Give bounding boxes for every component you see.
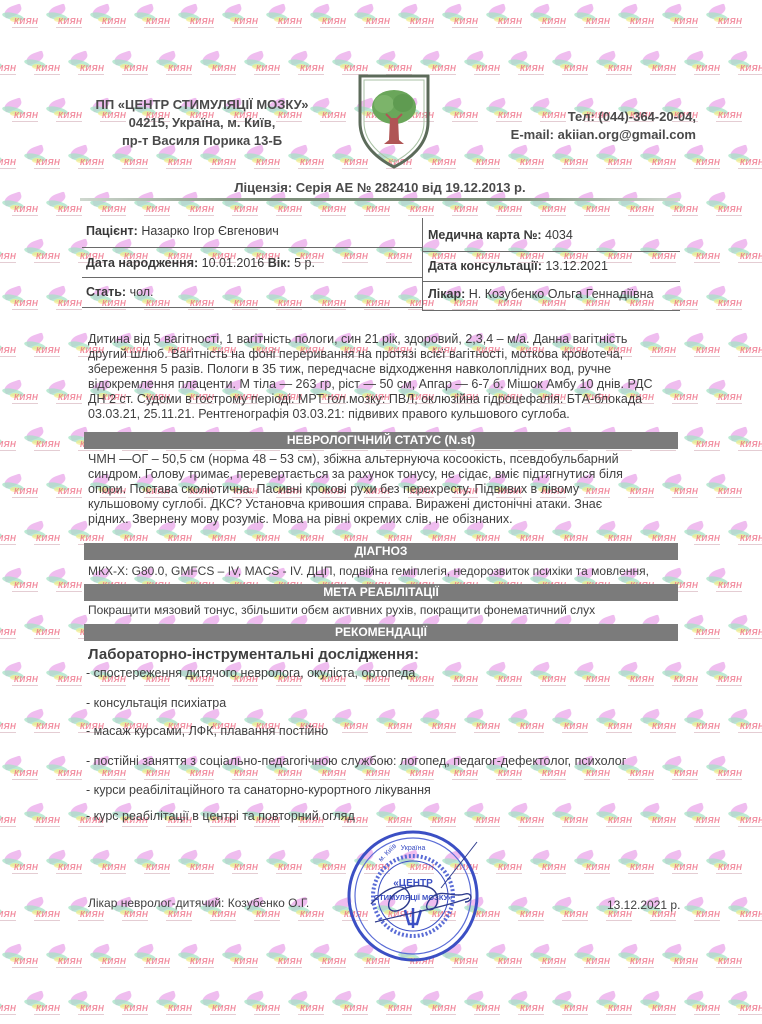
watermark-bird-logo-icon: КИЯН bbox=[572, 662, 612, 690]
watermark-bird-logo-icon: КИЯН bbox=[0, 850, 40, 878]
watermark-bird-logo-icon: КИЯН bbox=[616, 850, 656, 878]
row-divider bbox=[422, 310, 680, 311]
watermark-bird-logo-icon: КИЯН bbox=[484, 662, 524, 690]
watermark-bird-logo-icon: КИЯН bbox=[682, 991, 722, 1019]
watermark-bird-logo-icon: КИЯН bbox=[22, 427, 62, 455]
watermark-bird-logo-icon: КИЯН bbox=[418, 803, 458, 831]
watermark-bird-logo-icon: КИЯН bbox=[308, 850, 348, 878]
watermark-bird-logo-icon: КИЯН bbox=[550, 991, 590, 1019]
watermark-bird-logo-icon: КИЯН bbox=[572, 850, 612, 878]
card-value: 4034 bbox=[545, 228, 573, 242]
doctor-field: Лікар: Н. Козубенко Ольга Геннадіївна bbox=[428, 282, 653, 306]
watermark-bird-logo-icon: КИЯН bbox=[726, 333, 762, 361]
watermark-bird-logo-icon: КИЯН bbox=[352, 4, 392, 32]
watermark-bird-logo-icon: КИЯН bbox=[0, 192, 40, 220]
watermark-bird-logo-icon: КИЯН bbox=[286, 51, 326, 79]
watermark-bird-logo-icon: КИЯН bbox=[44, 568, 84, 596]
anamnesis-line: збереження 5 разів. Пологи в 35 тиж, пер… bbox=[88, 362, 688, 377]
watermark-bird-logo-icon: КИЯН bbox=[726, 145, 762, 173]
watermark-bird-logo-icon: КИЯН bbox=[0, 709, 18, 737]
row-divider bbox=[82, 307, 422, 308]
watermark-bird-logo-icon: КИЯН bbox=[352, 192, 392, 220]
section-title: МЕТА РЕАБІЛІТАЦІЇ bbox=[323, 584, 439, 601]
recommendation-item: - масаж курсами, ЛФК, плавання постійно bbox=[86, 724, 328, 738]
watermark-bird-logo-icon: КИЯН bbox=[374, 803, 414, 831]
watermark-bird-logo-icon: КИЯН bbox=[0, 98, 40, 126]
watermark-bird-logo-icon: КИЯН bbox=[264, 944, 304, 972]
watermark-bird-logo-icon: КИЯН bbox=[88, 944, 128, 972]
watermark-bird-logo-icon: КИЯН bbox=[638, 803, 678, 831]
watermark-bird-logo-icon: КИЯН bbox=[0, 474, 40, 502]
recommendation-item: - постійні заняття з соціально-педагогіч… bbox=[86, 754, 626, 768]
stamp-center-line2: СТИМУЛЯЦІЇ МОЗКУ» bbox=[374, 893, 452, 902]
watermark-bird-logo-icon: КИЯН bbox=[484, 850, 524, 878]
watermark-bird-logo-icon: КИЯН bbox=[198, 991, 238, 1019]
diagnosis-text: МКХ-Х: G80.0, GMFCS – IV, MACS - IV. ДЦП… bbox=[88, 564, 688, 579]
watermark-bird-logo-icon: КИЯН bbox=[506, 897, 546, 925]
watermark-bird-logo-icon: КИЯН bbox=[528, 944, 568, 972]
watermark-bird-logo-icon: КИЯН bbox=[462, 803, 502, 831]
anamnesis-line: другий шлюб. Вагітність на фоні перерива… bbox=[88, 347, 688, 362]
contact-block: Тел: (044)-364-20-04, E-mail: akiian.org… bbox=[466, 108, 696, 144]
watermark-bird-logo-icon: КИЯН bbox=[396, 4, 436, 32]
watermark-bird-logo-icon: КИЯН bbox=[704, 286, 744, 314]
consultation-date-field: Дата консультації: 13.12.2021 bbox=[428, 254, 608, 278]
watermark-bird-logo-icon: КИЯН bbox=[374, 991, 414, 1019]
watermark-bird-logo-icon: КИЯН bbox=[682, 145, 722, 173]
age-label: Вік: bbox=[268, 256, 291, 270]
watermark-bird-logo-icon: КИЯН bbox=[264, 192, 304, 220]
watermark-bird-logo-icon: КИЯН bbox=[88, 850, 128, 878]
lab-studies-title: Лабораторно-інструментальні дослідження: bbox=[88, 646, 419, 663]
watermark-bird-logo-icon: КИЯН bbox=[418, 709, 458, 737]
watermark-bird-logo-icon: КИЯН bbox=[22, 991, 62, 1019]
dob-label: Дата народження: bbox=[86, 256, 198, 270]
watermark-bird-logo-icon: КИЯН bbox=[726, 615, 762, 643]
watermark-bird-logo-icon: КИЯН bbox=[308, 944, 348, 972]
watermark-bird-logo-icon: КИЯН bbox=[660, 4, 700, 32]
watermark-bird-logo-icon: КИЯН bbox=[704, 568, 744, 596]
watermark-bird-logo-icon: КИЯН bbox=[132, 850, 172, 878]
watermark-bird-logo-icon: КИЯН bbox=[22, 803, 62, 831]
recommendation-item: - спостереження дитячого невролога, окул… bbox=[86, 666, 415, 680]
watermark-bird-logo-icon: КИЯН bbox=[22, 239, 62, 267]
section-title: НЕВРОЛОГІЧНИЙ СТАТУС (N.st) bbox=[287, 432, 475, 449]
watermark-bird-logo-icon: КИЯН bbox=[682, 427, 722, 455]
watermark-bird-logo-icon: КИЯН bbox=[616, 662, 656, 690]
watermark-bird-logo-icon: КИЯН bbox=[440, 4, 480, 32]
watermark-bird-logo-icon: КИЯН bbox=[726, 991, 762, 1019]
watermark-bird-logo-icon: КИЯН bbox=[44, 756, 84, 784]
watermark-bird-logo-icon: КИЯН bbox=[638, 991, 678, 1019]
watermark-bird-logo-icon: КИЯН bbox=[550, 145, 590, 173]
watermark-bird-logo-icon: КИЯН bbox=[506, 709, 546, 737]
watermark-bird-logo-icon: КИЯН bbox=[374, 709, 414, 737]
recommendation-item: - курс реабілітації в центрі та повторни… bbox=[86, 809, 355, 823]
org-phone: Тел: (044)-364-20-04, bbox=[466, 108, 696, 126]
watermark-bird-logo-icon: КИЯН bbox=[484, 192, 524, 220]
watermark-bird-logo-icon: КИЯН bbox=[682, 239, 722, 267]
watermark-bird-logo-icon: КИЯН bbox=[704, 192, 744, 220]
watermark-bird-logo-icon: КИЯН bbox=[0, 239, 18, 267]
watermark-bird-logo-icon: КИЯН bbox=[704, 756, 744, 784]
org-address-line1: 04215, Україна, м. Київ, bbox=[82, 114, 322, 132]
license-line: Ліцензія: Серія АЕ № 282410 від 19.12.20… bbox=[80, 180, 680, 195]
doctor-value: Н. Козубенко Ольга Геннадіївна bbox=[469, 287, 654, 301]
watermark-bird-logo-icon: КИЯН bbox=[132, 944, 172, 972]
column-divider bbox=[422, 218, 423, 310]
watermark-bird-logo-icon: КИЯН bbox=[704, 98, 744, 126]
watermark-bird-logo-icon: КИЯН bbox=[44, 850, 84, 878]
row-divider bbox=[82, 277, 422, 278]
watermark-bird-logo-icon: КИЯН bbox=[44, 944, 84, 972]
watermark-bird-logo-icon: КИЯН bbox=[220, 850, 260, 878]
watermark-bird-logo-icon: КИЯН bbox=[22, 145, 62, 173]
section-title: РЕКОМЕНДАЦІЇ bbox=[335, 624, 427, 641]
watermark-bird-logo-icon: КИЯН bbox=[726, 803, 762, 831]
watermark-bird-logo-icon: КИЯН bbox=[440, 192, 480, 220]
watermark-bird-logo-icon: КИЯН bbox=[660, 944, 700, 972]
watermark-bird-logo-icon: КИЯН bbox=[0, 803, 18, 831]
watermark-bird-logo-icon: КИЯН bbox=[0, 427, 18, 455]
anamnesis-line: відокремлення плаценти. М тіла — 263 гр,… bbox=[88, 377, 688, 392]
watermark-bird-logo-icon: КИЯН bbox=[506, 145, 546, 173]
watermark-bird-logo-icon: КИЯН bbox=[22, 615, 62, 643]
age-value: 5 р. bbox=[294, 256, 315, 270]
section-header-rehab-goal: МЕТА РЕАБІЛІТАЦІЇ bbox=[84, 584, 678, 601]
watermark-bird-logo-icon: КИЯН bbox=[44, 98, 84, 126]
watermark-bird-logo-icon: КИЯН bbox=[726, 897, 762, 925]
doctor-signature-line: Лікар невролог-дитячий: Козубенко О.Г. bbox=[88, 896, 309, 910]
watermark-bird-logo-icon: КИЯН bbox=[110, 991, 150, 1019]
watermark-bird-logo-icon: КИЯН bbox=[660, 192, 700, 220]
tree-shield-icon bbox=[356, 72, 432, 170]
watermark-bird-logo-icon: КИЯН bbox=[198, 51, 238, 79]
watermark-bird-logo-icon: КИЯН bbox=[616, 192, 656, 220]
watermark-bird-logo-icon: КИЯН bbox=[154, 51, 194, 79]
row-divider bbox=[82, 247, 422, 248]
org-address-line2: пр-т Василя Порика 13-Б bbox=[82, 132, 322, 150]
patient-label: Пацієнт: bbox=[86, 224, 138, 238]
watermark-bird-logo-icon: КИЯН bbox=[242, 51, 282, 79]
watermark-bird-logo-icon: КИЯН bbox=[176, 944, 216, 972]
watermark-bird-logo-icon: КИЯН bbox=[462, 145, 502, 173]
watermark-bird-logo-icon: КИЯН bbox=[638, 709, 678, 737]
watermark-bird-logo-icon: КИЯН bbox=[0, 380, 40, 408]
watermark-bird-logo-icon: КИЯН bbox=[506, 51, 546, 79]
anamnesis-line: ДН 2 ст. Судоми в гострому періоді. МРТ … bbox=[88, 392, 688, 407]
neuro-line: кульшовому суглобі. ДКС? Установча криво… bbox=[88, 497, 688, 512]
watermark-bird-logo-icon: КИЯН bbox=[154, 991, 194, 1019]
watermark-bird-logo-icon: КИЯН bbox=[0, 944, 40, 972]
neuro-line: опори. Постава сколіотична. Пасивні крок… bbox=[88, 482, 688, 497]
watermark-bird-logo-icon: КИЯН bbox=[0, 333, 18, 361]
watermark-bird-logo-icon: КИЯН bbox=[0, 897, 18, 925]
watermark-bird-logo-icon: КИЯН bbox=[132, 4, 172, 32]
watermark-bird-logo-icon: КИЯН bbox=[594, 145, 634, 173]
recommendation-item: - курси реабілітаційного та санаторно-ку… bbox=[86, 783, 431, 797]
patient-name-field: Пацієнт: Назарко Ігор Євгенович bbox=[86, 219, 279, 243]
header-divider bbox=[80, 198, 680, 201]
watermark-bird-logo-icon: КИЯН bbox=[484, 944, 524, 972]
watermark-bird-logo-icon: КИЯН bbox=[22, 897, 62, 925]
watermark-bird-logo-icon: КИЯН bbox=[616, 4, 656, 32]
row-divider bbox=[422, 251, 680, 252]
org-name: ПП «ЦЕНТР СТИМУЛЯЦІЇ МОЗКУ» bbox=[82, 96, 322, 114]
watermark-bird-logo-icon: КИЯН bbox=[396, 192, 436, 220]
dob-value: 10.01.2016 bbox=[202, 256, 265, 270]
watermark-bird-logo-icon: КИЯН bbox=[594, 803, 634, 831]
watermark-bird-logo-icon: КИЯН bbox=[528, 4, 568, 32]
watermark-bird-logo-icon: КИЯН bbox=[550, 803, 590, 831]
watermark-bird-logo-icon: КИЯН bbox=[440, 662, 480, 690]
watermark-bird-logo-icon: КИЯН bbox=[22, 709, 62, 737]
watermark-bird-logo-icon: КИЯН bbox=[638, 145, 678, 173]
watermark-bird-logo-icon: КИЯН bbox=[682, 51, 722, 79]
watermark-bird-logo-icon: КИЯН bbox=[44, 380, 84, 408]
watermark-bird-logo-icon: КИЯН bbox=[704, 850, 744, 878]
watermark-bird-logo-icon: КИЯН bbox=[220, 4, 260, 32]
watermark-bird-logo-icon: КИЯН bbox=[330, 991, 370, 1019]
card-label: Медична карта №: bbox=[428, 228, 542, 242]
watermark-bird-logo-icon: КИЯН bbox=[704, 662, 744, 690]
watermark-bird-logo-icon: КИЯН bbox=[616, 944, 656, 972]
watermark-bird-logo-icon: КИЯН bbox=[330, 709, 370, 737]
watermark-bird-logo-icon: КИЯН bbox=[506, 803, 546, 831]
medical-card-field: Медична карта №: 4034 bbox=[428, 223, 573, 247]
watermark-bird-logo-icon: КИЯН bbox=[308, 192, 348, 220]
watermark-bird-logo-icon: КИЯН bbox=[572, 192, 612, 220]
watermark-bird-logo-icon: КИЯН bbox=[462, 51, 502, 79]
neuro-line: ЧМН —ОГ – 50,5 см (норма 48 – 53 см), зб… bbox=[88, 452, 688, 467]
watermark-bird-logo-icon: КИЯН bbox=[704, 474, 744, 502]
watermark-bird-logo-icon: КИЯН bbox=[44, 4, 84, 32]
anamnesis-text: Дитина від 5 вагітності, 1 вагітність по… bbox=[88, 332, 688, 422]
birth-date-field: Дата народження: 10.01.2016 Вік: 5 р. bbox=[86, 251, 315, 275]
signature-date: 13.12.2021 р. bbox=[607, 898, 680, 912]
watermark-bird-logo-icon: КИЯН bbox=[286, 991, 326, 1019]
org-email[interactable]: E-mail: akiian.org@gmail.com bbox=[466, 126, 696, 144]
watermark-bird-logo-icon: КИЯН bbox=[0, 615, 18, 643]
patient-info-table: Пацієнт: Назарко Ігор Євгенович Медична … bbox=[82, 218, 680, 318]
watermark-bird-logo-icon: КИЯН bbox=[44, 192, 84, 220]
watermark-bird-logo-icon: КИЯН bbox=[0, 4, 40, 32]
patient-value: Назарко Ігор Євгенович bbox=[141, 224, 279, 238]
anamnesis-line: 03.03.21, 25.11.21. Рентгенографія 03.03… bbox=[88, 407, 688, 422]
watermark-bird-logo-icon: КИЯН bbox=[550, 51, 590, 79]
watermark-bird-logo-icon: КИЯН bbox=[66, 991, 106, 1019]
rehab-goal-text: Покращити мязовий тонус, збільшити обєм … bbox=[88, 603, 688, 618]
watermark-bird-logo-icon: КИЯН bbox=[726, 239, 762, 267]
watermark-bird-logo-icon: КИЯН bbox=[0, 521, 18, 549]
watermark-bird-logo-icon: КИЯН bbox=[462, 991, 502, 1019]
section-title: ДІАГНОЗ bbox=[355, 543, 408, 560]
watermark-bird-logo-icon: КИЯН bbox=[660, 662, 700, 690]
section-header-recommendations: РЕКОМЕНДАЦІЇ bbox=[84, 624, 678, 641]
watermark-bird-logo-icon: КИЯН bbox=[550, 897, 590, 925]
watermark-bird-logo-icon: КИЯН bbox=[44, 662, 84, 690]
watermark-bird-logo-icon: КИЯН bbox=[242, 991, 282, 1019]
section-header-neuro-status: НЕВРОЛОГІЧНИЙ СТАТУС (N.st) bbox=[84, 432, 678, 449]
watermark-bird-logo-icon: КИЯН bbox=[682, 333, 722, 361]
watermark-bird-logo-icon: КИЯН bbox=[682, 521, 722, 549]
watermark-bird-logo-icon: КИЯН bbox=[638, 51, 678, 79]
watermark-bird-logo-icon: КИЯН bbox=[0, 568, 40, 596]
watermark-bird-logo-icon: КИЯН bbox=[726, 427, 762, 455]
watermark-bird-logo-icon: КИЯН bbox=[484, 4, 524, 32]
neuro-line: синдром. Голову тримає, перевертається з… bbox=[88, 467, 688, 482]
watermark-bird-logo-icon: КИЯН bbox=[0, 145, 18, 173]
org-block: ПП «ЦЕНТР СТИМУЛЯЦІЇ МОЗКУ» 04215, Украї… bbox=[82, 96, 322, 150]
watermark-bird-logo-icon: КИЯН bbox=[594, 709, 634, 737]
watermark-bird-logo-icon: КИЯН bbox=[704, 4, 744, 32]
watermark-bird-logo-icon: КИЯН bbox=[22, 521, 62, 549]
watermark-bird-logo-icon: КИЯН bbox=[220, 192, 260, 220]
watermark-bird-logo-icon: КИЯН bbox=[264, 850, 304, 878]
watermark-bird-logo-icon: КИЯН bbox=[704, 380, 744, 408]
section-header-diagnosis: ДІАГНОЗ bbox=[84, 543, 678, 560]
watermark-bird-logo-icon: КИЯН bbox=[726, 51, 762, 79]
watermark-bird-logo-icon: КИЯН bbox=[682, 709, 722, 737]
neuro-status-text: ЧМН —ОГ – 50,5 см (норма 48 – 53 см), зб… bbox=[88, 452, 688, 527]
watermark-bird-logo-icon: КИЯН bbox=[572, 4, 612, 32]
watermark-bird-logo-icon: КИЯН bbox=[66, 51, 106, 79]
watermark-bird-logo-icon: КИЯН bbox=[726, 709, 762, 737]
watermark-bird-logo-icon: КИЯН bbox=[44, 286, 84, 314]
watermark-bird-logo-icon: КИЯН bbox=[22, 51, 62, 79]
watermark-bird-logo-icon: КИЯН bbox=[0, 756, 40, 784]
watermark-bird-logo-icon: КИЯН bbox=[462, 709, 502, 737]
watermark-bird-logo-icon: КИЯН bbox=[264, 4, 304, 32]
anamnesis-line: Дитина від 5 вагітності, 1 вагітність по… bbox=[88, 332, 688, 347]
watermark-bird-logo-icon: КИЯН bbox=[220, 944, 260, 972]
watermark-bird-logo-icon: КИЯН bbox=[0, 286, 40, 314]
doctor-label: Лікар: bbox=[428, 287, 465, 301]
watermark-bird-logo-icon: КИЯН bbox=[594, 991, 634, 1019]
round-stamp-icon: «ЦЕНТР СТИМУЛЯЦІЇ МОЗКУ» Україна м. Київ bbox=[345, 828, 481, 964]
watermark-bird-logo-icon: КИЯН bbox=[88, 192, 128, 220]
watermark-bird-logo-icon: КИЯН bbox=[660, 756, 700, 784]
watermark-bird-logo-icon: КИЯН bbox=[22, 333, 62, 361]
watermark-bird-logo-icon: КИЯН bbox=[176, 4, 216, 32]
watermark-bird-logo-icon: КИЯН bbox=[528, 662, 568, 690]
watermark-bird-logo-icon: КИЯН bbox=[418, 991, 458, 1019]
watermark-bird-logo-icon: КИЯН bbox=[726, 521, 762, 549]
watermark-bird-logo-icon: КИЯН bbox=[704, 944, 744, 972]
watermark-bird-logo-icon: КИЯН bbox=[0, 662, 40, 690]
watermark-bird-logo-icon: КИЯН bbox=[550, 709, 590, 737]
watermark-bird-logo-icon: КИЯН bbox=[660, 850, 700, 878]
watermark-bird-logo-icon: КИЯН bbox=[0, 991, 18, 1019]
sex-field: Стать: чол. bbox=[86, 280, 154, 304]
watermark-bird-logo-icon: КИЯН bbox=[110, 51, 150, 79]
watermark-bird-logo-icon: КИЯН bbox=[0, 51, 18, 79]
watermark-bird-logo-icon: КИЯН bbox=[682, 897, 722, 925]
sex-label: Стать: bbox=[86, 285, 126, 299]
recommendation-item: - консультація психіатра bbox=[86, 696, 226, 710]
watermark-bird-logo-icon: КИЯН bbox=[506, 991, 546, 1019]
watermark-bird-logo-icon: КИЯН bbox=[682, 615, 722, 643]
watermark-bird-logo-icon: КИЯН bbox=[682, 803, 722, 831]
sex-value: чол. bbox=[130, 285, 154, 299]
watermark-bird-logo-icon: КИЯН bbox=[594, 51, 634, 79]
watermark-bird-logo-icon: КИЯН bbox=[308, 4, 348, 32]
consult-label: Дата консультації: bbox=[428, 259, 542, 273]
watermark-bird-logo-icon: КИЯН bbox=[528, 192, 568, 220]
watermark-bird-logo-icon: КИЯН bbox=[132, 192, 172, 220]
watermark-bird-logo-icon: КИЯН bbox=[44, 474, 84, 502]
consult-value: 13.12.2021 bbox=[545, 259, 608, 273]
watermark-bird-logo-icon: КИЯН bbox=[176, 850, 216, 878]
stamp-top-text: Україна bbox=[401, 845, 426, 852]
watermark-bird-logo-icon: КИЯН bbox=[528, 850, 568, 878]
watermark-bird-logo-icon: КИЯН bbox=[572, 944, 612, 972]
watermark-bird-logo-icon: КИЯН bbox=[88, 4, 128, 32]
neuro-line: рідних. Звернену мову розуміє. Мова на р… bbox=[88, 512, 688, 527]
watermark-bird-logo-icon: КИЯН bbox=[176, 192, 216, 220]
